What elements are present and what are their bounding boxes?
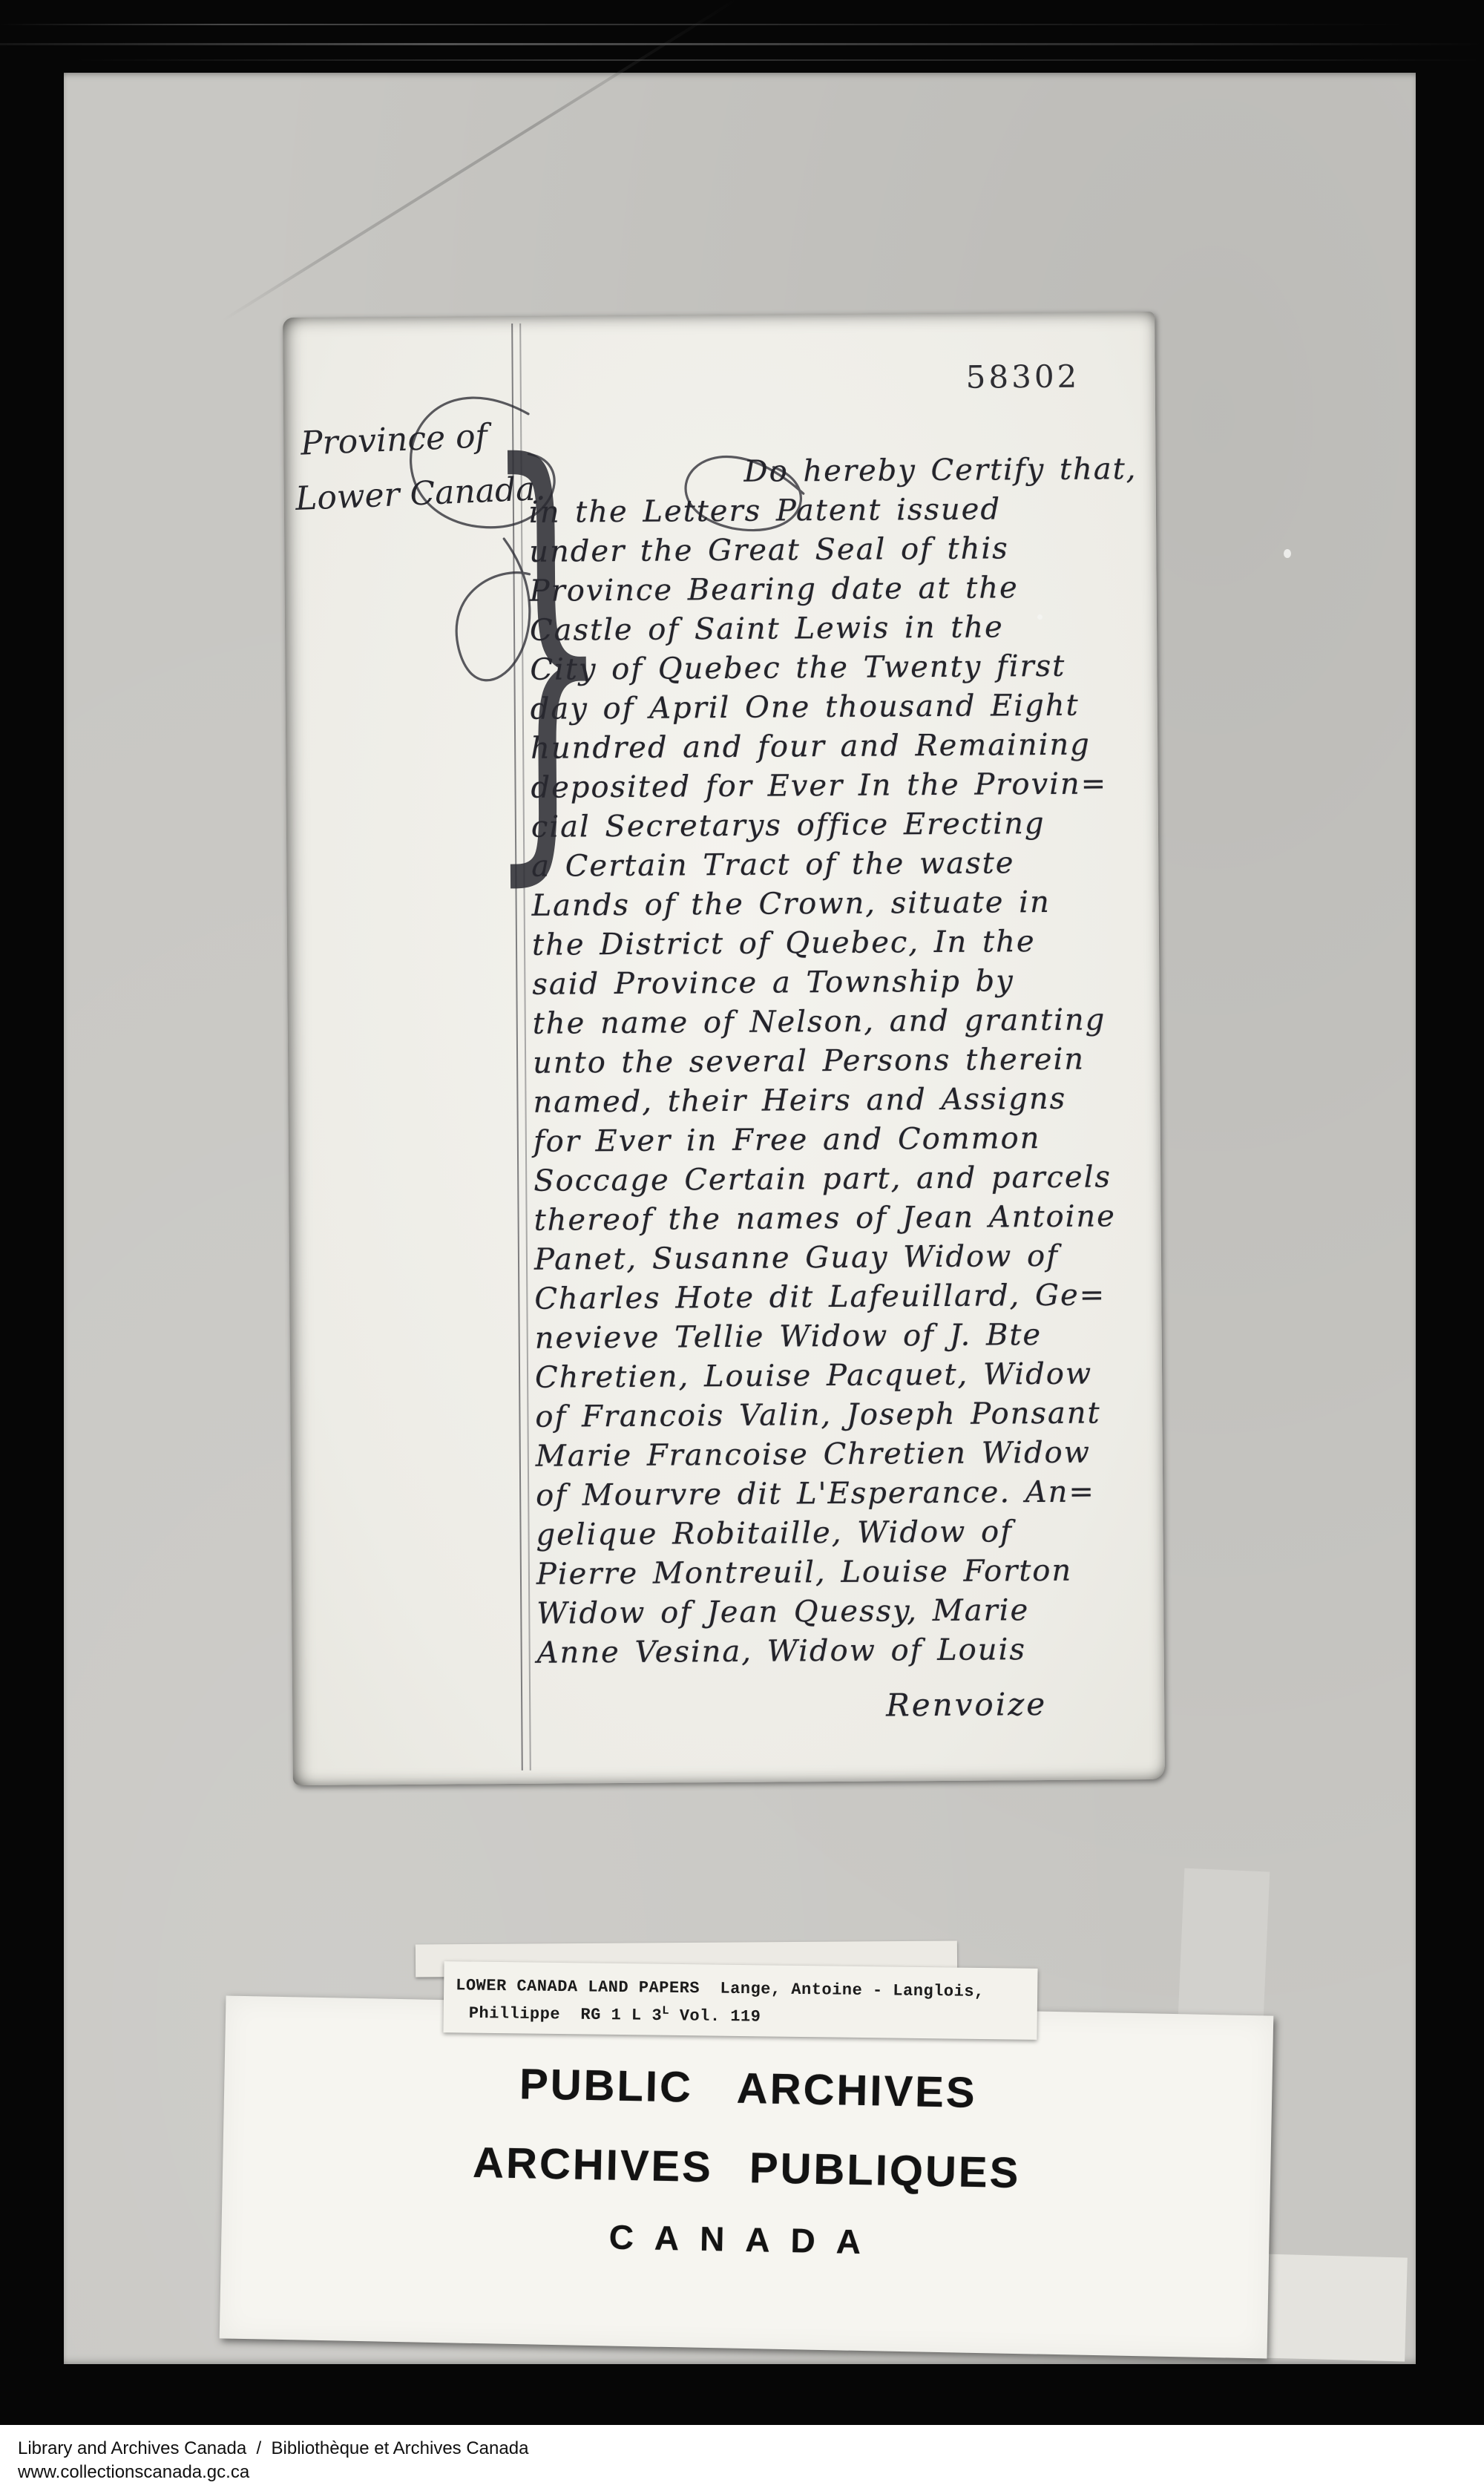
reference-prefix: Phillippe RG 1 L 3 [469, 2004, 663, 2025]
reference-suffix: Vol. 119 [669, 2006, 761, 2026]
film-streak [0, 43, 1484, 45]
attribution-bar: Library and Archives Canada / Bibliothèq… [0, 2425, 1484, 2491]
handwritten-line: Lands of the Crown, situate in [531, 882, 1162, 926]
handwritten-line: Do hereby Certify that, [743, 450, 1159, 492]
catalog-number: 58302 [966, 358, 1080, 396]
handwritten-line: hundred and four and Remaining [531, 725, 1161, 769]
handwritten-line: Chretien, Louise Pacquet, Widow [535, 1354, 1165, 1398]
handwritten-line: Soccage Certain part, and parcels [533, 1158, 1164, 1201]
handwritten-line: Panet, Susanne Guay Widow of [534, 1236, 1165, 1280]
attribution-url: www.collectionscanada.gc.ca [18, 2462, 249, 2483]
handwritten-line: Anne Vesina, Widow of Louis [537, 1630, 1165, 1673]
reference-superscript: L [662, 2004, 669, 2018]
handwritten-line: unto the several Persons therein [533, 1040, 1163, 1083]
archives-title-en: PUBLIC ARCHIVES [224, 2053, 1273, 2123]
archives-title-fr: ARCHIVES PUBLIQUES [223, 2133, 1271, 2202]
handwritten-line: in the Letters Patent issued [529, 489, 1160, 533]
handwritten-line: Marie Francoise Chretien Widow [536, 1433, 1165, 1477]
archives-title-canada: CANADA [221, 2209, 1270, 2269]
film-streak [0, 59, 1484, 61]
manuscript-page: 58302 Province of Lower Canada. } Do her… [283, 312, 1165, 1785]
handwritten-line: of Mourvre dit L'Esperance. An= [536, 1472, 1165, 1516]
handwritten-line: the name of Nelson, and granting [533, 1000, 1163, 1044]
brace-flourish: } [482, 387, 613, 907]
handwritten-line: Pierre Montreuil, Louise Forton [536, 1551, 1165, 1595]
handwritten-line: nevieve Tellie Widow of J. Bte [535, 1315, 1165, 1359]
handwritten-line: the District of Quebec, In the [532, 922, 1163, 965]
scan-speck [1037, 614, 1043, 620]
handwritten-body: Do hereby Certify that, in the Letters P… [528, 450, 1164, 1727]
handwritten-line: Charles Hote dit Lafeuillard, Ge= [534, 1276, 1165, 1319]
handwritten-line: day of April One thousand Eight [531, 686, 1161, 729]
handwritten-line: City of Quebec the Twenty first [530, 646, 1160, 690]
handwritten-line: named, their Heirs and Assigns [533, 1079, 1163, 1123]
film-streak [0, 24, 1484, 25]
handwritten-line: cial Secretarys office Erecting [531, 804, 1162, 847]
attribution-text: Library and Archives Canada / Bibliothèq… [18, 2438, 528, 2459]
signature-renvoize: Renvoize [886, 1684, 1165, 1725]
handwritten-line: said Province a Township by [532, 961, 1163, 1005]
archival-reference-label: LOWER CANADA LAND PAPERS Lange, Antoine … [443, 1961, 1037, 2040]
handwritten-line: deposited for Ever In the Provin= [531, 764, 1161, 808]
handwritten-line: Castle of Saint Lewis in the [530, 607, 1160, 651]
public-archives-card: PUBLIC ARCHIVES ARCHIVES PUBLIQUES CANAD… [220, 1995, 1274, 2358]
handwritten-line: of Francois Valin, Joseph Ponsant [535, 1394, 1165, 1437]
handwritten-line: thereof the names of Jean Antoine [533, 1197, 1164, 1241]
handwritten-line: gelique Robitaille, Widow of [536, 1512, 1164, 1555]
scan-speck [1284, 549, 1291, 558]
tape-artifact [1178, 1868, 1270, 2021]
scan-artifact [1260, 2254, 1408, 2361]
handwritten-line: Widow of Jean Quessy, Marie [536, 1590, 1165, 1634]
microfilm-frame: 58302 Province of Lower Canada. } Do her… [0, 0, 1484, 2491]
handwritten-line: a Certain Tract of the waste [531, 843, 1162, 887]
handwritten-line: for Ever in Free and Common [533, 1118, 1164, 1162]
handwritten-line: Province Bearing date at the [530, 568, 1160, 611]
handwritten-line: under the Great Seal of this [529, 528, 1160, 572]
